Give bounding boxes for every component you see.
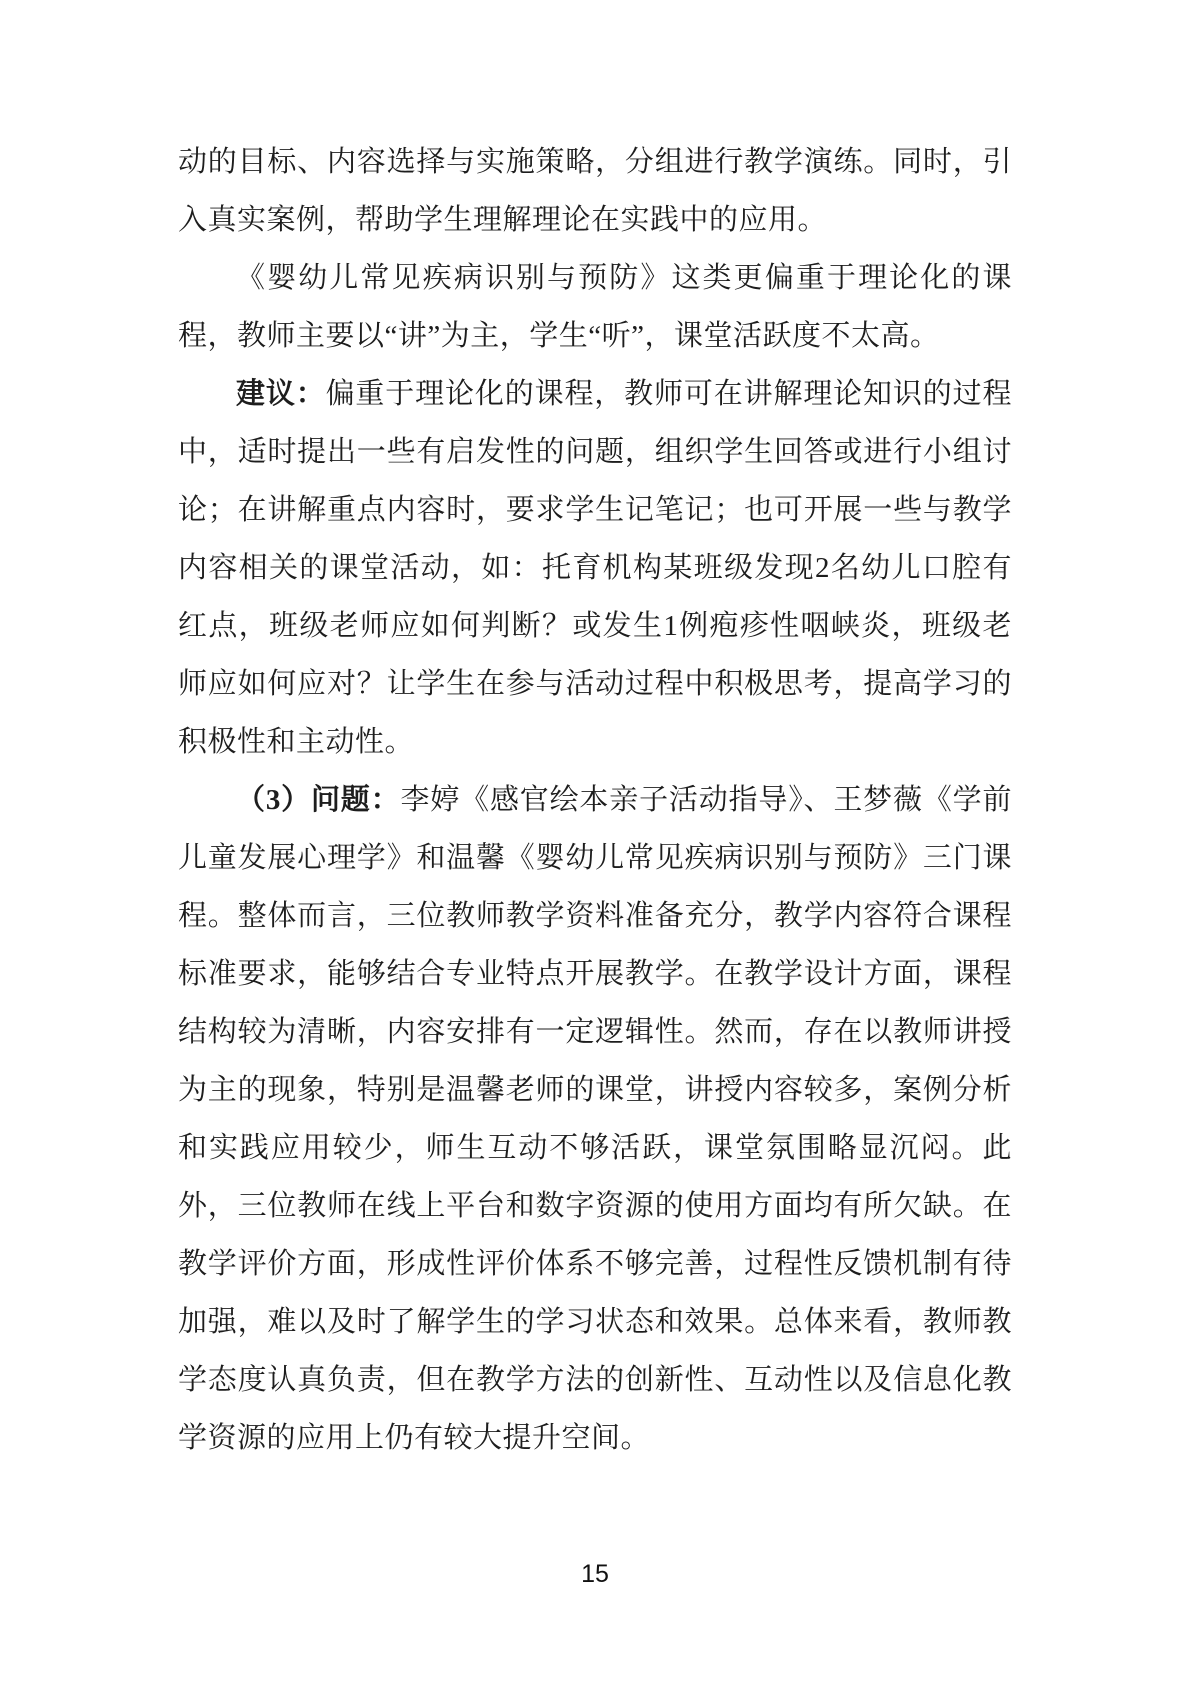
document-page: 动的目标、内容选择与实施策略，分组进行教学演练。同时，引入真实案例，帮助学生理解… bbox=[0, 0, 1190, 1683]
emphasis-run: 建议： bbox=[236, 378, 326, 410]
text-run: 动的目标、内容选择与实施策略，分组进行教学演练。同时，引入真实案例，帮助学生理解… bbox=[178, 146, 1012, 236]
text-run: 李婷《感官绘本亲子活动指导》、王梦薇《学前儿童发展心理学》和温馨《婴幼儿常见疾病… bbox=[178, 784, 1012, 1454]
text-run: 《婴幼儿常见疾病识别与预防》这类更偏重于理论化的课程，教师主要以“讲”为主，学生… bbox=[178, 262, 1012, 352]
paragraph: 建议：偏重于理论化的课程，教师可在讲解理论知识的过程中，适时提出一些有启发性的问… bbox=[178, 365, 1012, 771]
text-block: 动的目标、内容选择与实施策略，分组进行教学演练。同时，引入真实案例，帮助学生理解… bbox=[178, 133, 1012, 1467]
emphasis-run: （3）问题： bbox=[236, 784, 400, 816]
paragraph: 《婴幼儿常见疾病识别与预防》这类更偏重于理论化的课程，教师主要以“讲”为主，学生… bbox=[178, 249, 1012, 365]
page-number: 15 bbox=[0, 1560, 1190, 1589]
paragraph: 动的目标、内容选择与实施策略，分组进行教学演练。同时，引入真实案例，帮助学生理解… bbox=[178, 133, 1012, 249]
text-run: 偏重于理论化的课程，教师可在讲解理论知识的过程中，适时提出一些有启发性的问题，组… bbox=[178, 378, 1012, 758]
paragraph: （3）问题：李婷《感官绘本亲子活动指导》、王梦薇《学前儿童发展心理学》和温馨《婴… bbox=[178, 771, 1012, 1467]
